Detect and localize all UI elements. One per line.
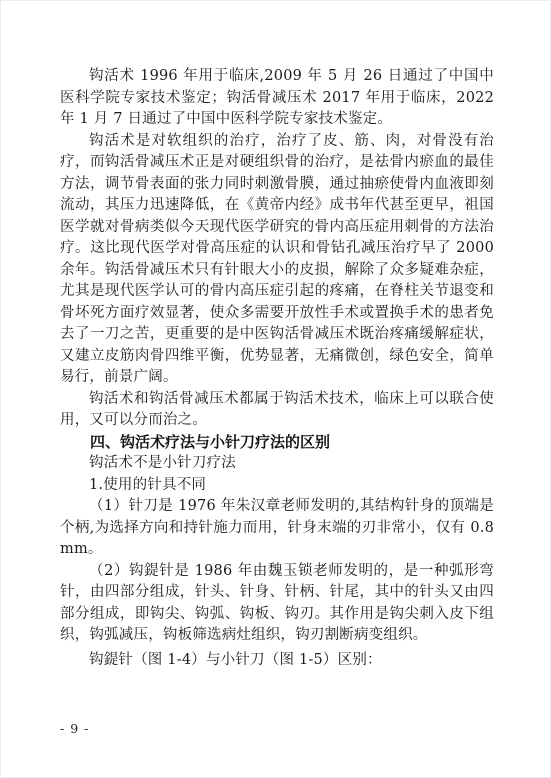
line-item-title-needle-tools: 1.使用的针具不同 bbox=[60, 475, 494, 497]
paragraph-therapy-comparison: 钩活术是对软组织的治疗，治疗了皮、筋、肉，对骨没有治疗，而钩活骨减压术正是对硬组… bbox=[60, 131, 494, 389]
line-not-needle-knife: 钩活术不是小针刀疗法 bbox=[60, 453, 494, 475]
paragraph-needle-knife-origin: （1）针刀是 1976 年朱汉章老师发明的,其结构针身的顶端是个柄,为选择方向和… bbox=[60, 496, 494, 561]
document-page: 钩活术 1996 年用于临床,2009 年 5 月 26 日通过了中国中医科学院… bbox=[0, 0, 551, 778]
paragraph-clinical-history: 钩活术 1996 年用于临床,2009 年 5 月 26 日通过了中国中医科学院… bbox=[60, 66, 494, 131]
page-number: - 9 - bbox=[60, 721, 89, 737]
page-text-block: 钩活术 1996 年用于临床,2009 年 5 月 26 日通过了中国中医科学院… bbox=[60, 66, 494, 671]
paragraph-goudi-needle-origin: （2）钩鍉针是 1986 年由魏玉锁老师发明的，是一种弧形弯针，由四部分组成，针… bbox=[60, 561, 494, 647]
paragraph-combined-use: 钩活术和钩活骨减压术都属于钩活术技术，临床上可以联合使用，又可以分而治之。 bbox=[60, 389, 494, 432]
section-heading-difference: 四、钩活术疗法与小针刀疗法的区别 bbox=[60, 432, 494, 454]
line-figure-reference: 钩鍉针（图 1-4）与小针刀（图 1-5）区别： bbox=[60, 650, 494, 672]
